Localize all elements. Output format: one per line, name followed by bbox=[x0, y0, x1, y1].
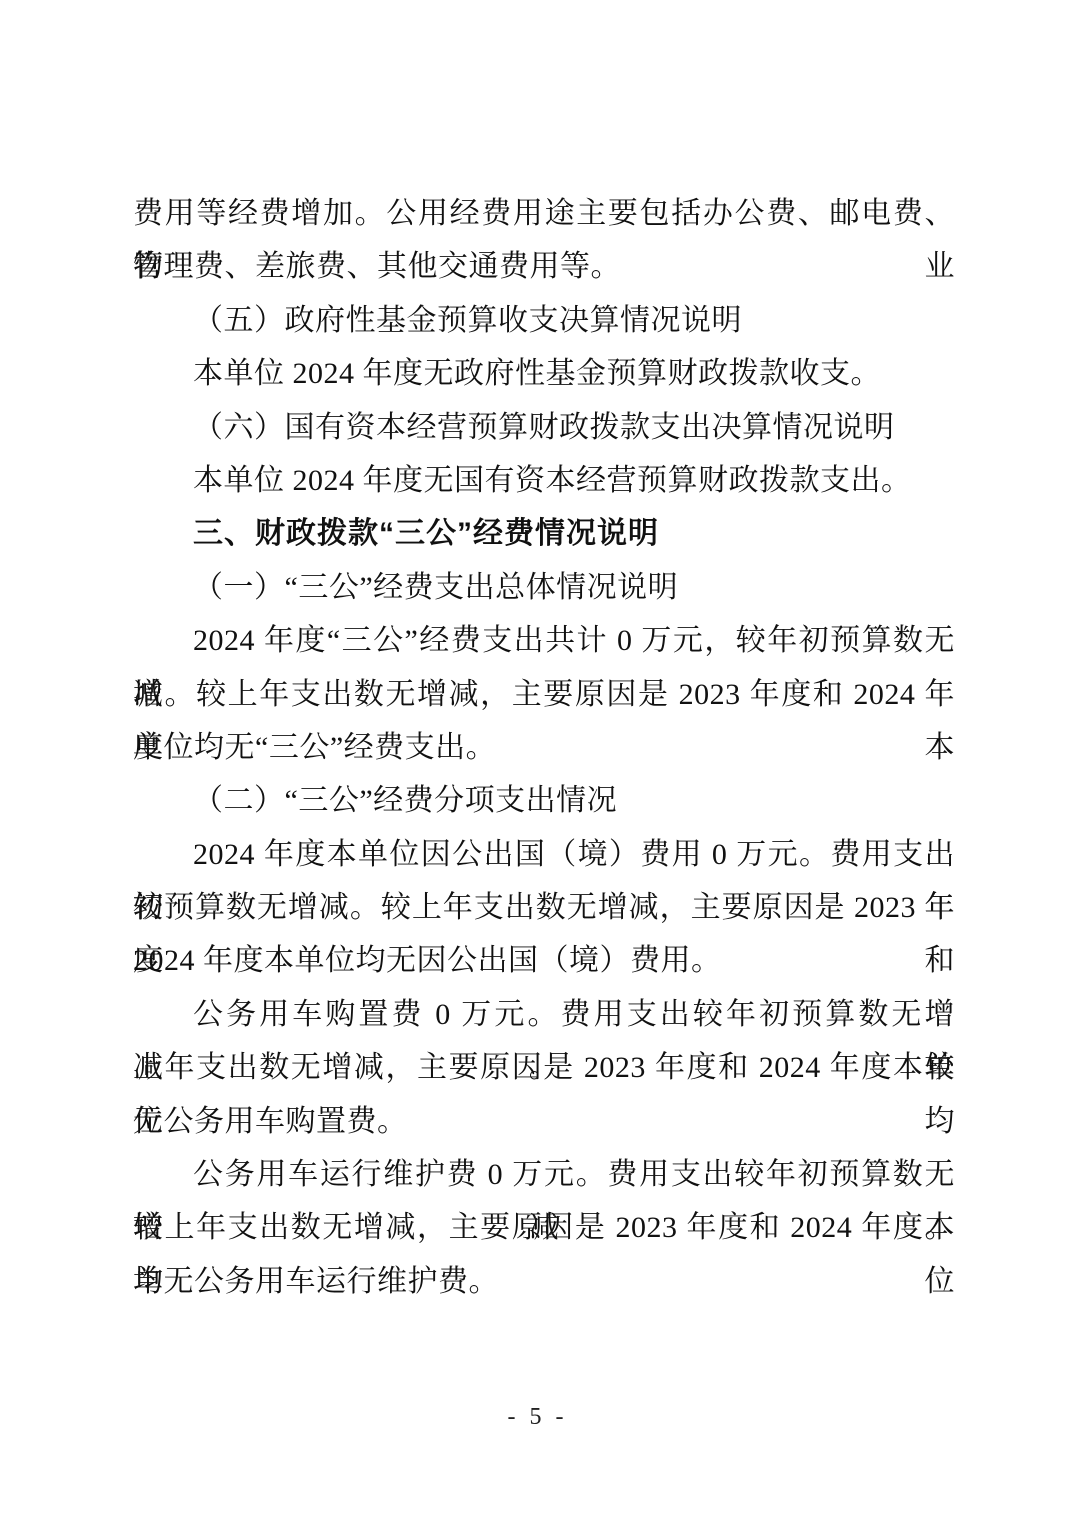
heading-section-five: （五）政府性基金预算收支决算情况说明 bbox=[133, 294, 955, 347]
paragraph-line: 2024 年度“三公”经费支出共计 0 万元，较年初预算数无增 bbox=[133, 614, 955, 667]
paragraph-line: 费用等经费增加。公用经费用途主要包括办公费、邮电费、物业 bbox=[133, 187, 955, 240]
paragraph-line: 初预算数无增减。较上年支出数无增减，主要原因是 2023 年度和 bbox=[133, 881, 955, 934]
document-body: 费用等经费增加。公用经费用途主要包括办公费、邮电费、物业 管理费、差旅费、其他交… bbox=[133, 187, 955, 1308]
paragraph-line: 本单位 2024 年度无政府性基金预算财政拨款收支。 bbox=[133, 347, 955, 400]
paragraph-line: 本单位 2024 年度无国有资本经营预算财政拨款支出。 bbox=[133, 454, 955, 507]
paragraph-line: 上年支出数无增减，主要原因是 2023 年度和 2024 年度本单位均 bbox=[133, 1041, 955, 1094]
paragraph-line: 2024 年度本单位因公出国（境）费用 0 万元。费用支出较年 bbox=[133, 828, 955, 881]
heading-section-six: （六）国有资本经营预算财政拨款支出决算情况说明 bbox=[133, 401, 955, 454]
paragraph-line: 公务用车运行维护费 0 万元。费用支出较年初预算数无增减。 bbox=[133, 1148, 955, 1201]
heading-subsection-one: （一）“三公”经费支出总体情况说明 bbox=[133, 561, 955, 614]
document-page: 费用等经费增加。公用经费用途主要包括办公费、邮电费、物业 管理费、差旅费、其他交… bbox=[0, 0, 1075, 1520]
paragraph-line: 减。较上年支出数无增减，主要原因是 2023 年度和 2024 年度本 bbox=[133, 668, 955, 721]
heading-three-public-funds: 三、财政拨款“三公”经费情况说明 bbox=[133, 507, 955, 560]
paragraph-line: 较上年支出数无增减，主要原因是 2023 年度和 2024 年度本单位 bbox=[133, 1201, 955, 1254]
heading-subsection-two: （二）“三公”经费分项支出情况 bbox=[133, 774, 955, 827]
paragraph-line: 公务用车购置费 0 万元。费用支出较年初预算数无增减。较 bbox=[133, 988, 955, 1041]
page-number: - 5 - bbox=[0, 1404, 1075, 1431]
